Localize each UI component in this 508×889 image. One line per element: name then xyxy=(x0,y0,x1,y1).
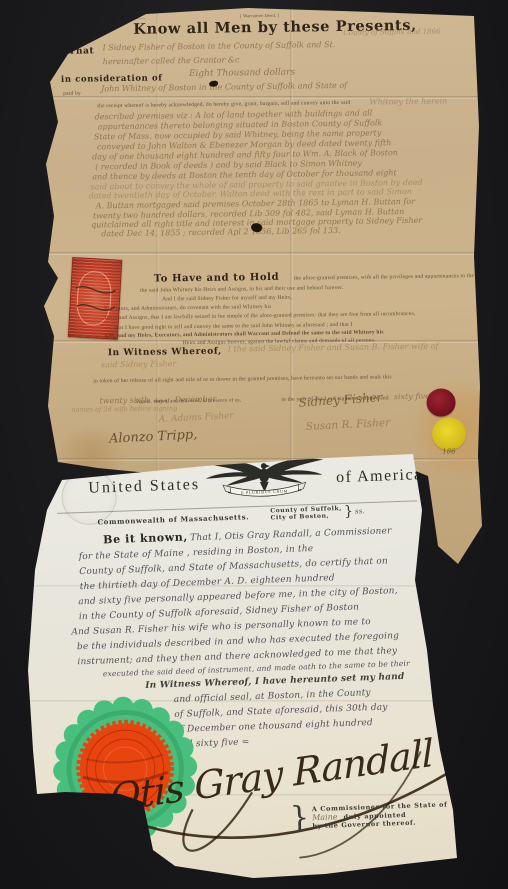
consideration-handwriting: Eight Thousand dollars xyxy=(189,68,295,79)
tohave-heading: To Have and to Hold xyxy=(154,272,279,285)
commonwealth-label: Commonwealth of Massachusetts. xyxy=(97,512,249,526)
certificate-witness-line: of Suffolk, and State aforesaid, this 30… xyxy=(174,703,388,720)
brace-glyph: } xyxy=(344,504,353,520)
dower-release-clause: in token of her release of all right and… xyxy=(93,374,392,384)
deed-title-annotation: County of Suffolk and 1866 xyxy=(343,28,440,37)
grantor-signature: Susan R. Fisher xyxy=(306,417,391,433)
tohave-clause: Executors, and Administrators, do covena… xyxy=(104,304,271,312)
header-united-states: United States xyxy=(88,476,200,498)
body-handwriting: Whitney the herein xyxy=(369,96,447,106)
witness-handwriting: I the said Sidney Fisher and Susan B. Fi… xyxy=(228,342,439,354)
county-block: County of Suffolk, City of Boston, } ss. xyxy=(270,503,365,522)
that-label: That xyxy=(69,46,95,56)
printed-year-fragment: 186 xyxy=(442,447,455,455)
tohave-clause: Heirs and Assigns, that I am lawfully se… xyxy=(104,311,415,321)
commission-block: } A Commissioner for the State of Maine … xyxy=(289,795,448,835)
witness-handwriting: said Sidney Fisher xyxy=(101,359,176,369)
tohave-clause: the afore-granted premises, with all the… xyxy=(294,272,508,281)
receipt-clause: the receipt whereof is hereby acknowledg… xyxy=(97,100,350,110)
city-line: City of Boston, xyxy=(270,512,342,521)
ss-label: ss. xyxy=(355,507,365,515)
tohave-clause: the said John Whitney his Heirs and Assi… xyxy=(140,285,343,294)
paid-by-label: paid by xyxy=(63,91,81,97)
grantor-handwriting: hereinafter called the Grantor &c xyxy=(103,55,240,66)
commission-state-handwriting: Maine xyxy=(312,812,338,822)
be-it-known-heading: Be it known, xyxy=(103,530,188,546)
document-photo: ——————— [ Warrantee Deed. ] Know all Men… xyxy=(0,0,508,889)
certificate-paper: United States of America. E PLURIBUS UNU… xyxy=(25,450,470,885)
witness-heading: In Witness Whereof, xyxy=(108,347,222,359)
certificate-witness-line: and official seal, at Boston, in the Cou… xyxy=(174,688,371,705)
certificate-body-line: That I, Otis Gray Randall, a Commissione… xyxy=(190,526,392,543)
brace-glyph: } xyxy=(289,800,309,836)
form-imprint: [ Warrantee Deed. ] xyxy=(240,13,279,19)
presence-note-handwriting: names of 2d wife before signing xyxy=(72,404,178,413)
stamp-cancel-mark xyxy=(69,258,121,339)
header-of-america: of America. xyxy=(336,466,429,487)
body-handwriting: dated Dec 14, 1855 ; recorded Apl 2 1856… xyxy=(101,226,341,238)
certificate-witness-line: of December one thousand eight hundred xyxy=(175,718,373,735)
witness-signature: A. Adams Fisher xyxy=(159,411,234,425)
tohave-clause: And I the said Sidney Fisher for myself … xyxy=(162,295,292,303)
grantor-handwriting: I Sidney Fisher of Boston in the County … xyxy=(103,40,336,52)
